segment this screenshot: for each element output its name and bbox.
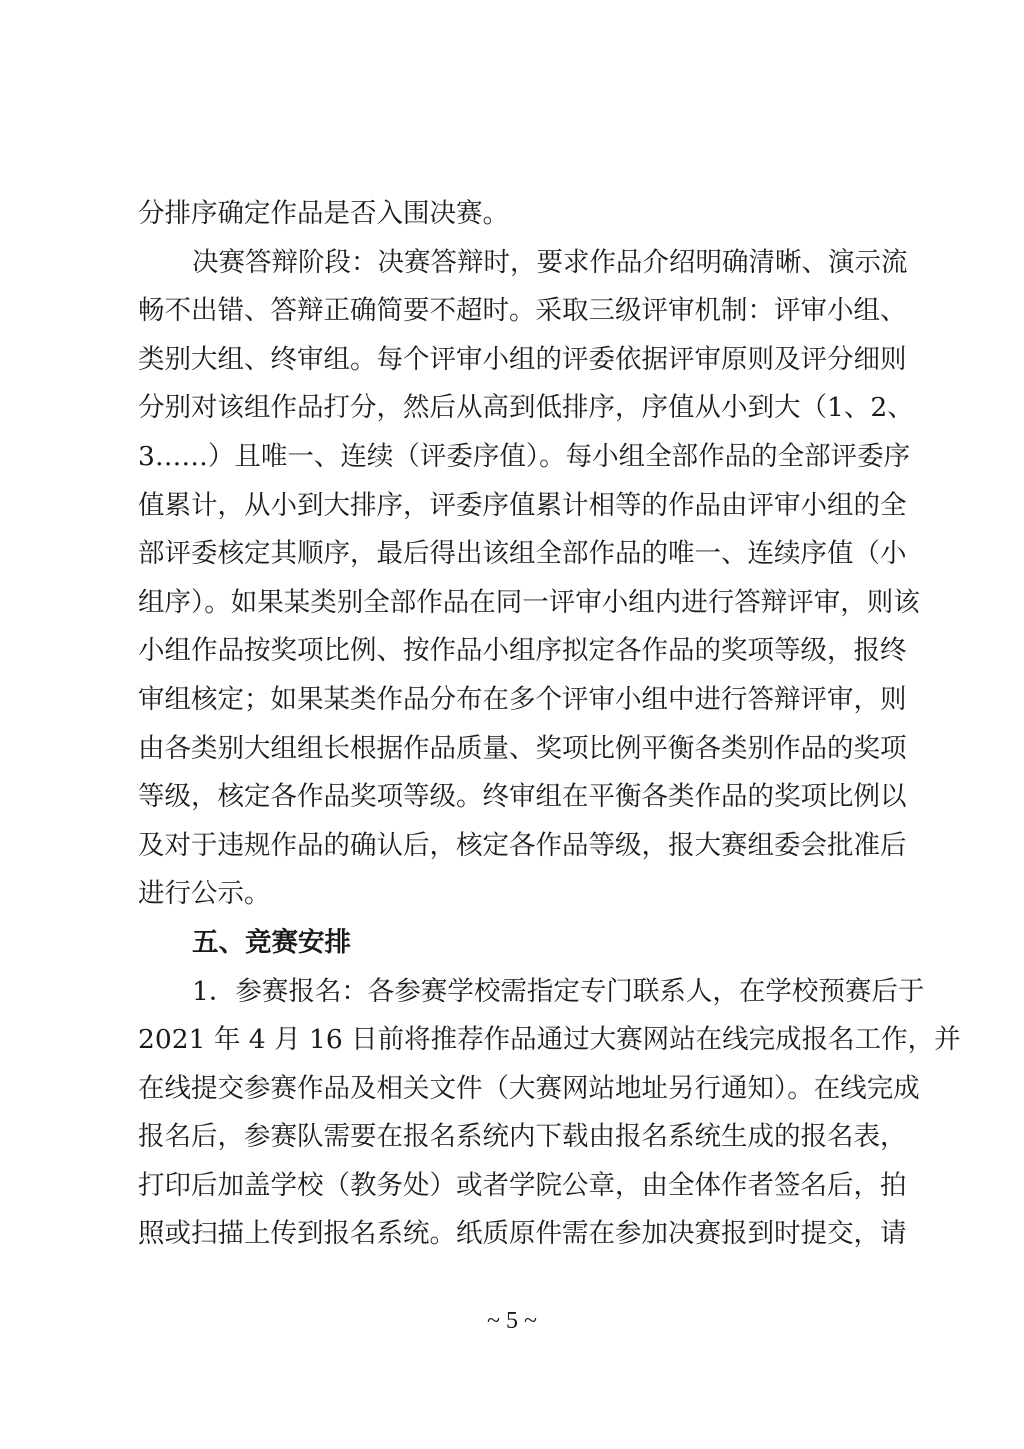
paragraph-line: 3……）且唯一、连续（评委序值）。每小组全部作品的全部评委序 — [138, 433, 898, 482]
paragraph-line: 等级，核定各作品奖项等级。终审组在平衡各类作品的奖项比例以 — [138, 773, 898, 822]
paragraph-line: 类别大组、终审组。每个评审小组的评委依据评审原则及评分细则 — [138, 336, 898, 385]
document-page: 分排序确定作品是否入围决赛。 决赛答辩阶段：决赛答辩时，要求作品介绍明确清晰、演… — [138, 190, 898, 1259]
page-number: ~ 5 ~ — [0, 1308, 1024, 1335]
paragraph-line: 进行公示。 — [138, 870, 898, 919]
paragraph-line: 由各类别大组组长根据作品质量、奖项比例平衡各类别作品的奖项 — [138, 725, 898, 774]
paragraph-line: 决赛答辩阶段：决赛答辩时，要求作品介绍明确清晰、演示流 — [138, 239, 898, 288]
paragraph-line: 打印后加盖学校（教务处）或者学院公章，由全体作者签名后，拍 — [138, 1162, 898, 1211]
paragraph-line: 报名后，参赛队需要在报名系统内下载由报名系统生成的报名表， — [138, 1113, 898, 1162]
paragraph-line: 分别对该组作品打分，然后从高到低排序，序值从小到大（1、2、 — [138, 384, 898, 433]
paragraph-line: 在线提交参赛作品及相关文件（大赛网站地址另行通知）。在线完成 — [138, 1065, 898, 1114]
paragraph-line: 畅不出错、答辩正确简要不超时。采取三级评审机制：评审小组、 — [138, 287, 898, 336]
paragraph-line: 2021 年 4 月 16 日前将推荐作品通过大赛网站在线完成报名工作，并 — [138, 1016, 898, 1065]
paragraph-line: 及对于违规作品的确认后，核定各作品等级，报大赛组委会批准后 — [138, 822, 898, 871]
paragraph-line: 分排序确定作品是否入围决赛。 — [138, 190, 898, 239]
paragraph-line: 组序）。如果某类别全部作品在同一评审小组内进行答辩评审，则该 — [138, 579, 898, 628]
paragraph-line: 审组核定；如果某类作品分布在多个评审小组中进行答辩评审，则 — [138, 676, 898, 725]
paragraph-line: 1．参赛报名：各参赛学校需指定专门联系人，在学校预赛后于 — [138, 968, 898, 1017]
paragraph-line: 照或扫描上传到报名系统。纸质原件需在参加决赛报到时提交，请 — [138, 1210, 898, 1259]
paragraph-line: 小组作品按奖项比例、按作品小组序拟定各作品的奖项等级，报终 — [138, 627, 898, 676]
paragraph-line: 值累计，从小到大排序，评委序值累计相等的作品由评审小组的全 — [138, 482, 898, 531]
paragraph-line: 部评委核定其顺序，最后得出该组全部作品的唯一、连续序值（小 — [138, 530, 898, 579]
section-heading: 五、竞赛安排 — [138, 919, 898, 968]
